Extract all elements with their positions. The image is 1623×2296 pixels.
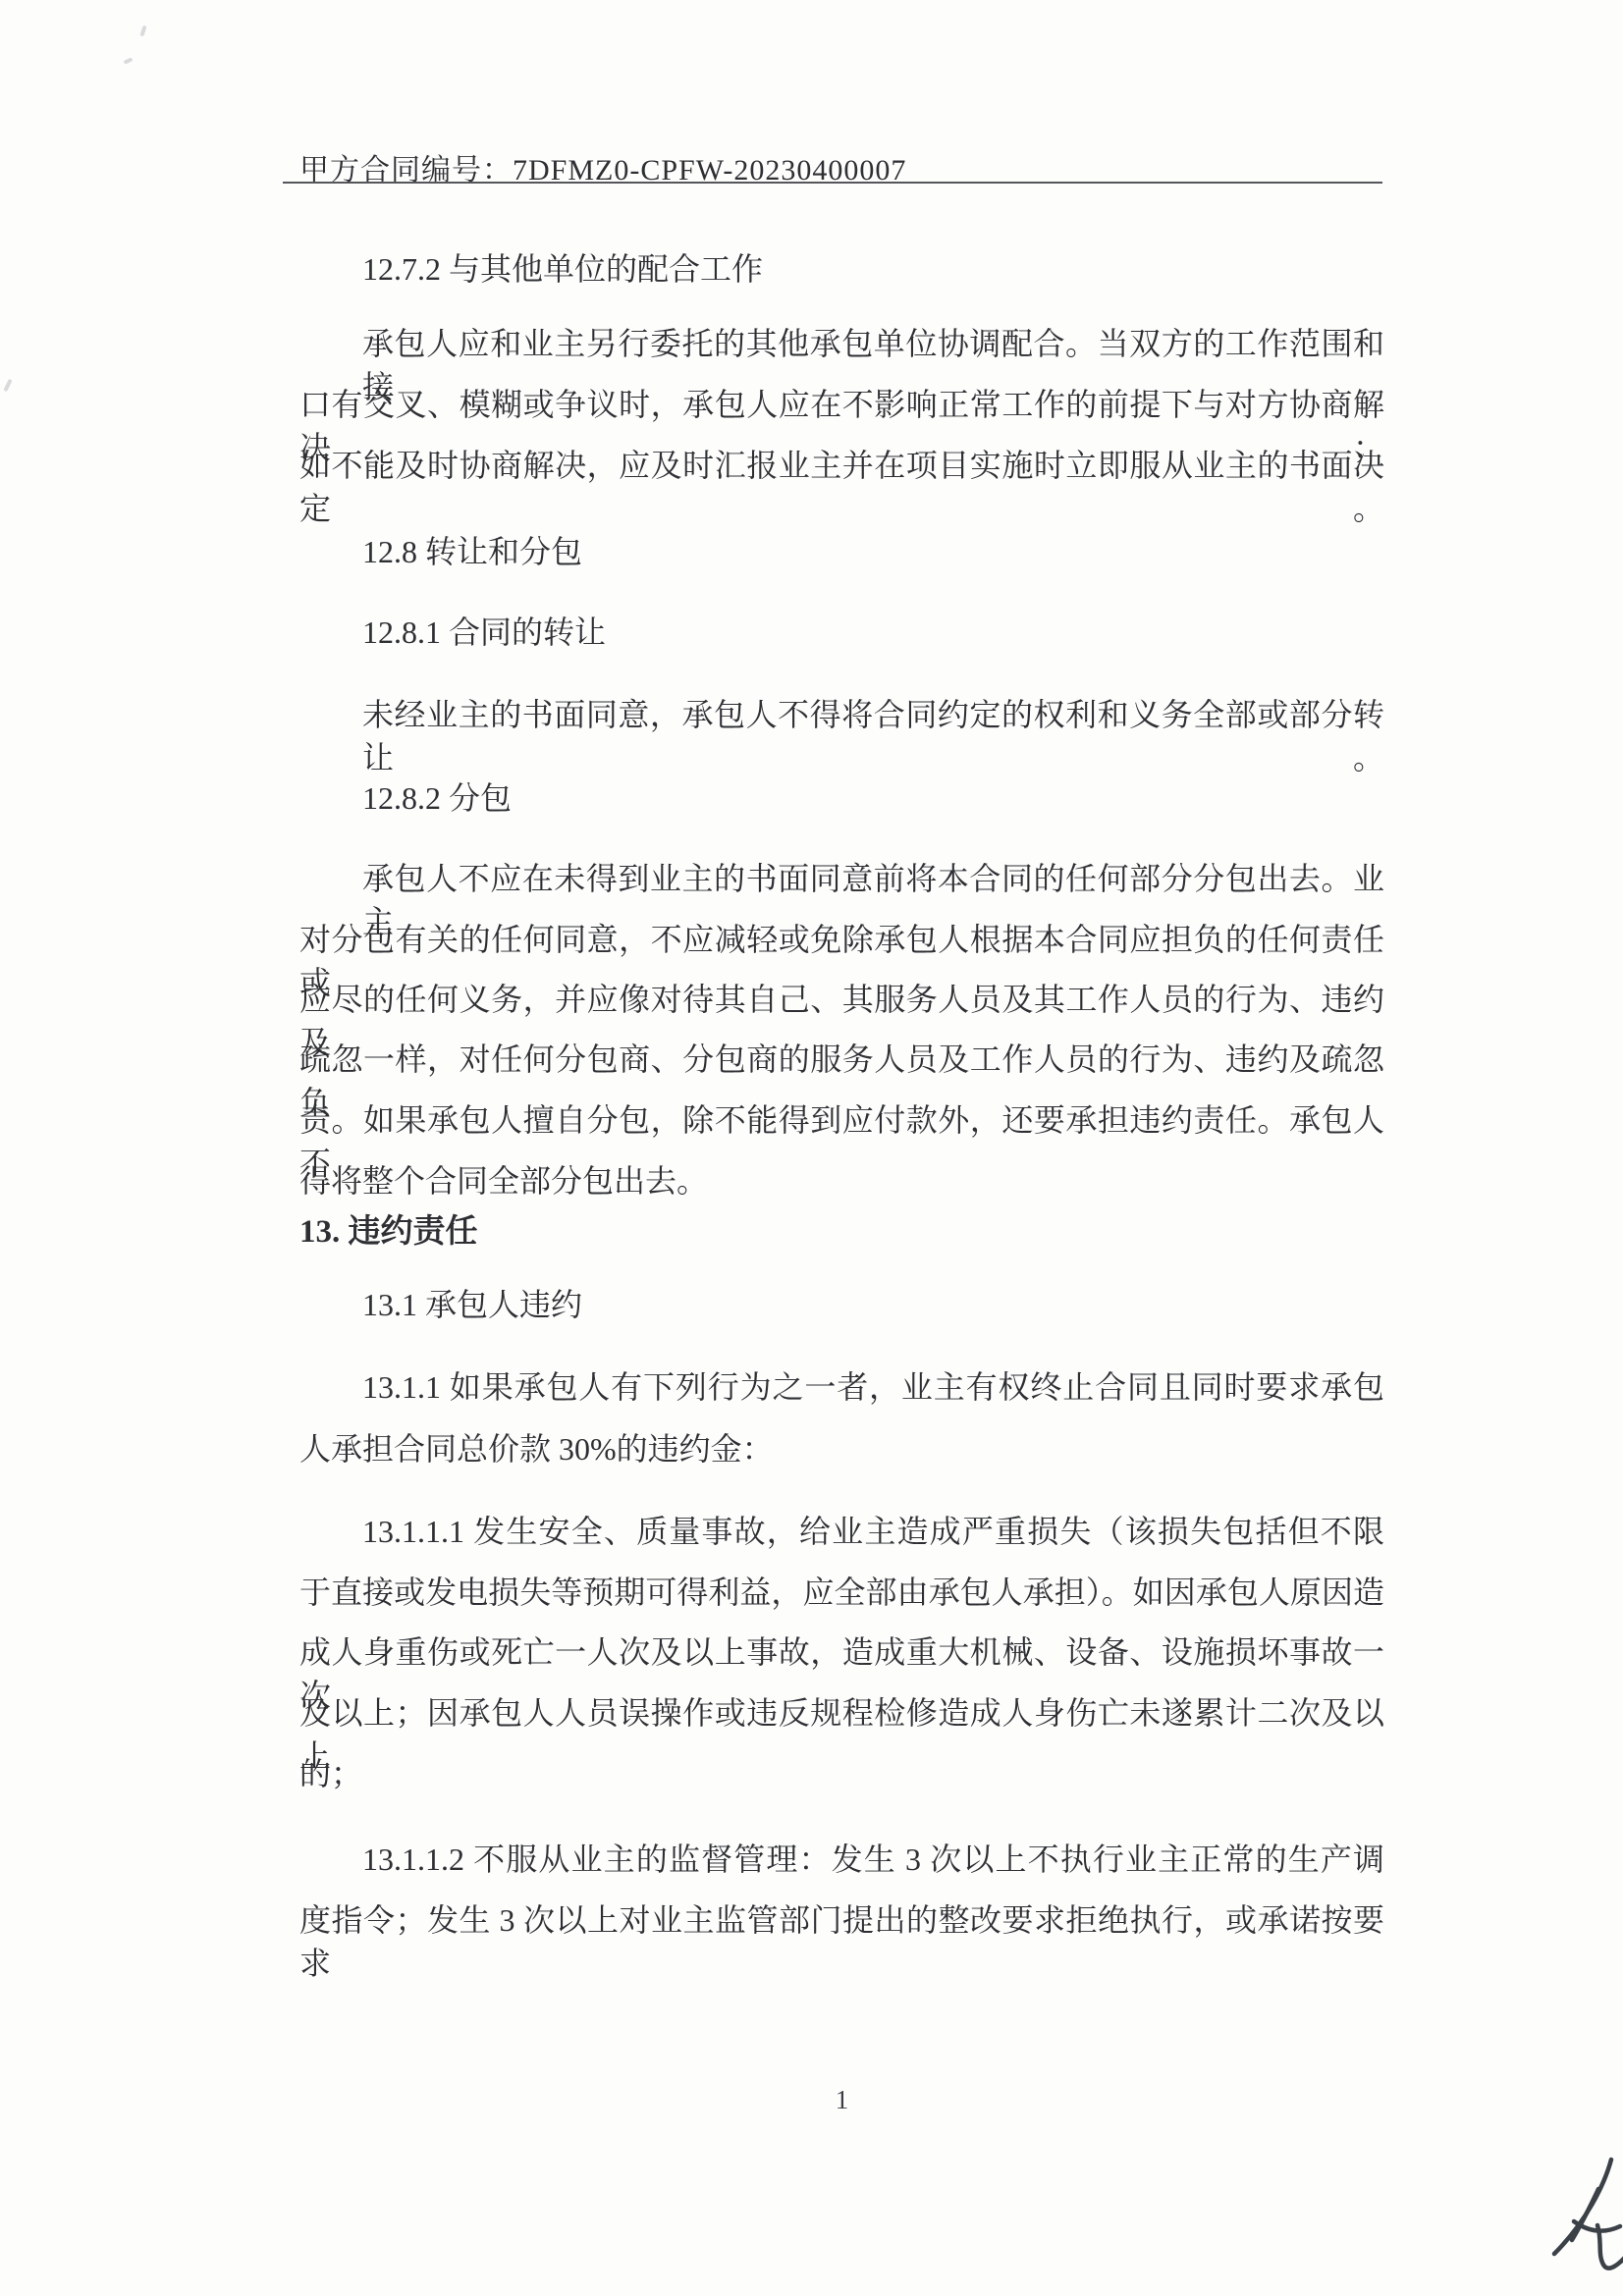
clause-13-1-1-2-line-1: 13.1.1.2 不服从业主的监督管理：发生 3 次以上不执行业主正常的生产调 <box>362 1838 1384 1881</box>
page-number: 1 <box>299 2085 1384 2115</box>
heading-12-7-2: 12.7.2 与其他单位的配合工作 <box>362 247 1384 291</box>
clause-12-8-2-line-6: 得将整个合同全部分包出去。 <box>299 1159 1384 1202</box>
clause-13-1-1-1-line-5: 的； <box>299 1752 1384 1795</box>
clause-13-1-1-1-line-1: 13.1.1.1 发生安全、质量事故，给业主造成严重损失（该损失包括但不限 <box>362 1510 1384 1553</box>
scan-artifact-speck <box>3 379 12 392</box>
clause-13-1-1-2-line-2: 度指令；发生 3 次以上对业主监管部门提出的整改要求拒绝执行，或承诺按要求 <box>299 1898 1384 1985</box>
clause-13-1-1-line-2: 人承担合同总价款 30%的违约金： <box>299 1427 1384 1470</box>
clause-13-1-1-1-line-2: 于直接或发电损失等预期可得利益，应全部由承包人承担）。如因承包人原因造 <box>299 1571 1384 1614</box>
clause-12-7-2-line-3: 如不能及时协商解决，应及时汇报业主并在项目实施时立即服从业主的书面决定。 <box>299 444 1384 530</box>
clause-13-1-1-line-1: 13.1.1 如果承包人有下列行为之一者，业主有权终止合同且同时要求承包 <box>362 1365 1384 1409</box>
scan-artifact-speck <box>139 26 146 37</box>
heading-12-8-1: 12.8.1 合同的转让 <box>362 611 1384 654</box>
heading-12-8-2: 12.8.2 分包 <box>362 776 1384 820</box>
header-rule <box>283 182 1382 184</box>
heading-13: 13. 违约责任 <box>299 1210 1384 1254</box>
clause-12-8-1-text: 未经业主的书面同意，承包人不得将合同约定的权利和义务全部或部分转让。 <box>362 693 1384 779</box>
handwritten-signature <box>1509 2146 1623 2296</box>
scan-artifact-speck <box>124 57 134 64</box>
contract-page-scan: 甲方合同编号：7DFMZ0-CPFW-20230400007 12.7.2 与其… <box>0 0 1623 2296</box>
heading-13-1: 13.1 承包人违约 <box>362 1283 1384 1326</box>
heading-12-8: 12.8 转让和分包 <box>362 530 1384 573</box>
